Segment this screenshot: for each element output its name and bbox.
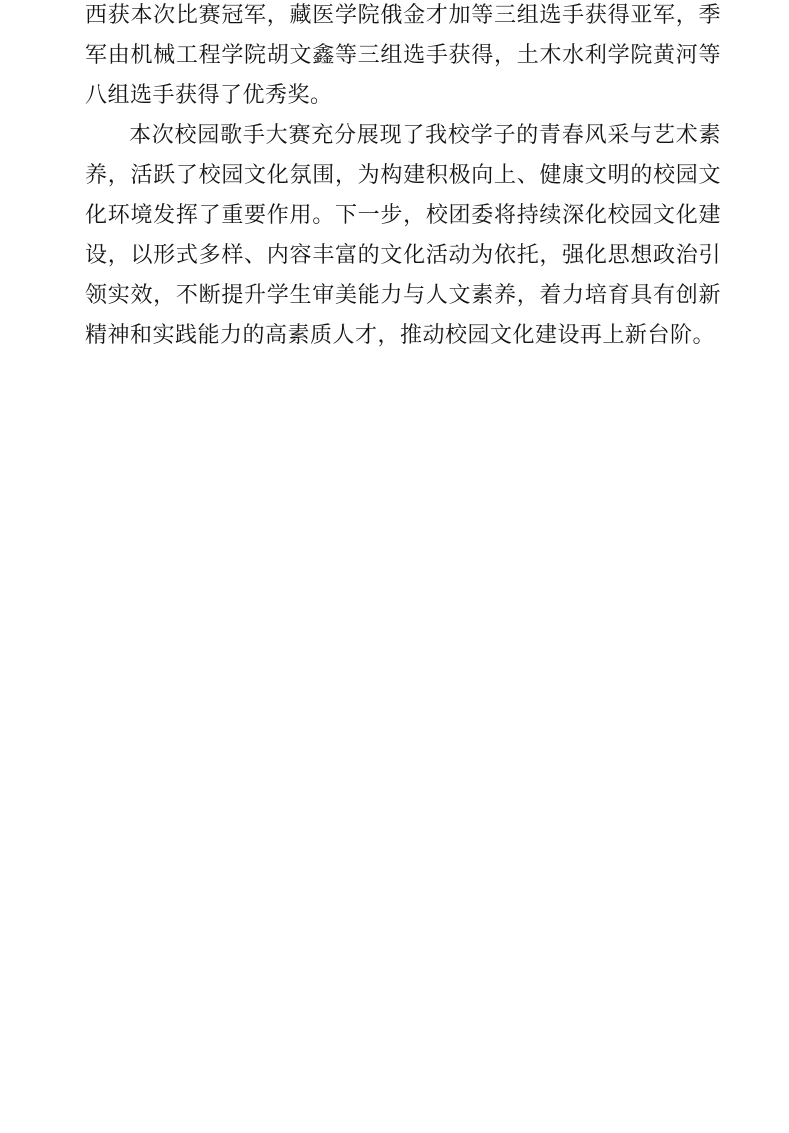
- paragraph-summary: 本次校园歌手大赛充分展现了我校学子的青春风采与艺术素养，活跃了校园文化氛围，为构…: [85, 115, 721, 355]
- paragraph-results: 西获本次比赛冠军，藏医学院俄金才加等三组选手获得亚军，季军由机械工程学院胡文鑫等…: [85, 0, 721, 115]
- document-body-text: 西获本次比赛冠军，藏医学院俄金才加等三组选手获得亚军，季军由机械工程学院胡文鑫等…: [85, 0, 721, 355]
- document-page: 西获本次比赛冠军，藏医学院俄金才加等三组选手获得亚军，季军由机械工程学院胡文鑫等…: [0, 0, 789, 1128]
